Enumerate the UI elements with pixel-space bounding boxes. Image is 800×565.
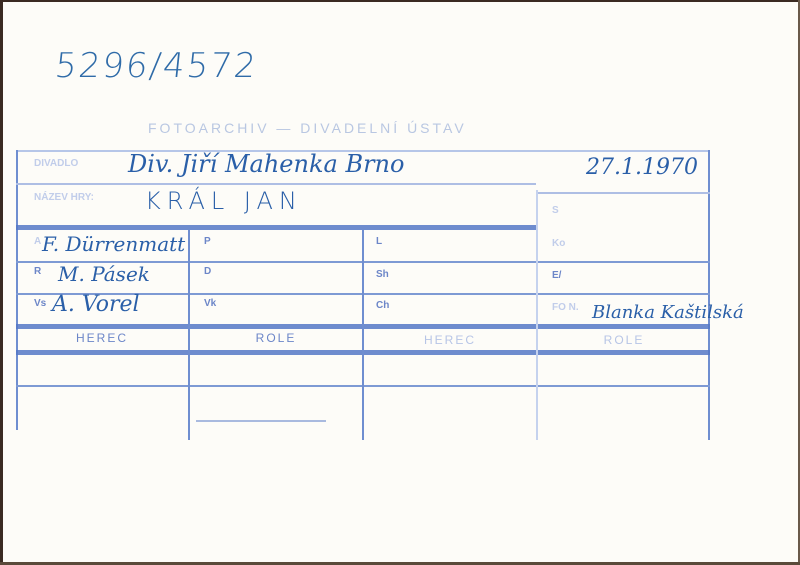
header-actor-2: HEREC bbox=[364, 333, 536, 347]
handwritten-photographer: Blanka Kaštilská bbox=[592, 302, 744, 323]
archive-number: 5296/4572 bbox=[53, 46, 260, 86]
handwritten-designer: A. Vorel bbox=[52, 292, 140, 317]
handwritten-theatre: Div. Jiří Mahenka Brno bbox=[128, 150, 404, 178]
stamp-border-left bbox=[16, 150, 18, 430]
header-actor-1: HEREC bbox=[16, 331, 188, 345]
row-divider-1 bbox=[16, 183, 536, 185]
photo-edge-top bbox=[0, 0, 800, 2]
label-ch: Ch bbox=[376, 300, 389, 311]
column-divider-3 bbox=[536, 190, 538, 440]
stamp-title: FOTOARCHIV — DIVADELNÍ ÚSTAV bbox=[148, 120, 467, 136]
header-role-2: ROLE bbox=[538, 333, 710, 347]
row-divider-right-1 bbox=[536, 192, 710, 194]
label-designer: Vs bbox=[34, 298, 46, 309]
label-director: R bbox=[34, 266, 41, 277]
label-s: S bbox=[552, 205, 559, 216]
label-el: E/ bbox=[552, 270, 561, 281]
handwritten-director: M. Pásek bbox=[58, 262, 150, 286]
header-role-1: ROLE bbox=[190, 331, 362, 345]
label-ko: Ko bbox=[552, 238, 565, 249]
handwritten-play-title: KRÁL JAN bbox=[145, 187, 303, 215]
photo-edge-left bbox=[0, 0, 3, 565]
label-play-title: NÁZEV HRY: bbox=[34, 192, 94, 203]
label-theatre: DIVADLO bbox=[34, 158, 78, 169]
label-d: D bbox=[204, 266, 211, 277]
handwritten-author: F. Dürrenmatt bbox=[42, 232, 185, 256]
label-l: L bbox=[376, 236, 382, 247]
label-p: P bbox=[204, 236, 211, 247]
label-photographer: FO N. bbox=[552, 302, 579, 313]
label-vk: Vk bbox=[204, 298, 216, 309]
label-author: A bbox=[34, 236, 41, 247]
handwritten-date: 27.1.1970 bbox=[586, 155, 698, 180]
table-row-divider-2 bbox=[196, 420, 326, 422]
row-divider-2 bbox=[16, 225, 536, 230]
label-sh: Sh bbox=[376, 269, 389, 280]
